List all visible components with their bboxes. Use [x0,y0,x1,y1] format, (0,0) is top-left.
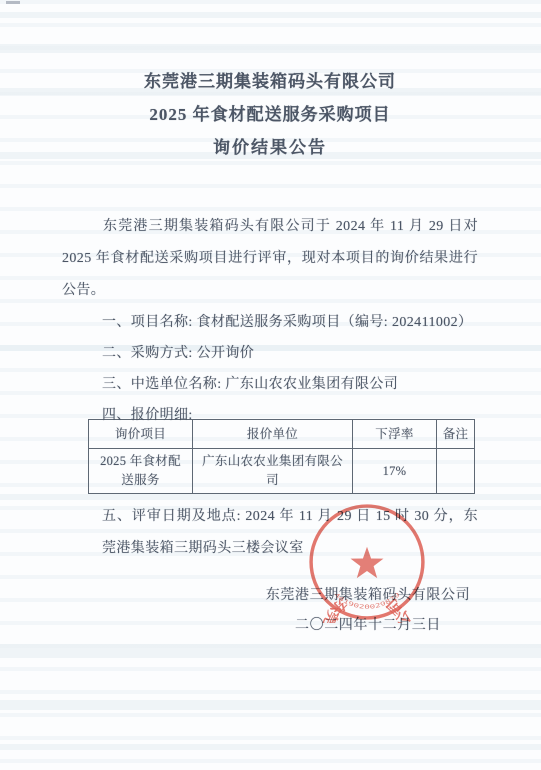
cell-remarks [437,449,475,494]
seal-star-icon [351,547,384,578]
header-remarks: 备注 [437,420,475,449]
header-quoting-unit: 报价单位 [193,420,353,449]
cell-inquiry-item: 2025 年食材配送服务 [89,449,193,494]
list-item-selected-supplier: 三、中选单位名称: 广东山农农业集团有限公司 [102,369,478,400]
numbered-items-list: 一、项目名称: 食材配送服务采购项目（编号: 202411002） 二、采购方式… [62,307,478,431]
header-discount-rate: 下浮率 [353,420,437,449]
list-item-project-name: 一、项目名称: 食材配送服务采购项目（编号: 202411002） [102,307,478,338]
title-doc-type: 询价结果公告 [62,136,478,160]
list-item-procurement-method: 二、采购方式: 公开询价 [102,338,478,369]
intro-paragraph: 东莞港三期集装箱码头有限公司于 2024 年 11 月 29 日对 2025 年… [62,211,478,307]
title-project-name: 2025 年食材配送服务采购项目 [62,103,478,127]
title-company-name: 东莞港三期集装箱码头有限公司 [62,70,478,94]
cell-quoting-unit: 广东山农农业集团有限公司 [193,449,353,494]
company-seal: 东莞港三期集装箱码头有限公司 4419020029879 [306,501,428,623]
quote-table-data-row: 2025 年食材配送服务 广东山农农业集团有限公司 17% [89,449,475,494]
scan-artifact-band [0,700,541,710]
cell-discount-rate: 17% [353,449,437,494]
scan-artifact-band [0,744,541,750]
scan-edge-mark [6,1,20,4]
quote-table: 询价项目 报价单位 下浮率 备注 2025 年食材配送服务 广东山农农业集团有限… [88,419,475,494]
scanned-document-page: 东莞港三期集装箱码头有限公司 2025 年食材配送服务采购项目 询价结果公告 东… [0,0,541,770]
scan-artifact-band [0,644,541,658]
